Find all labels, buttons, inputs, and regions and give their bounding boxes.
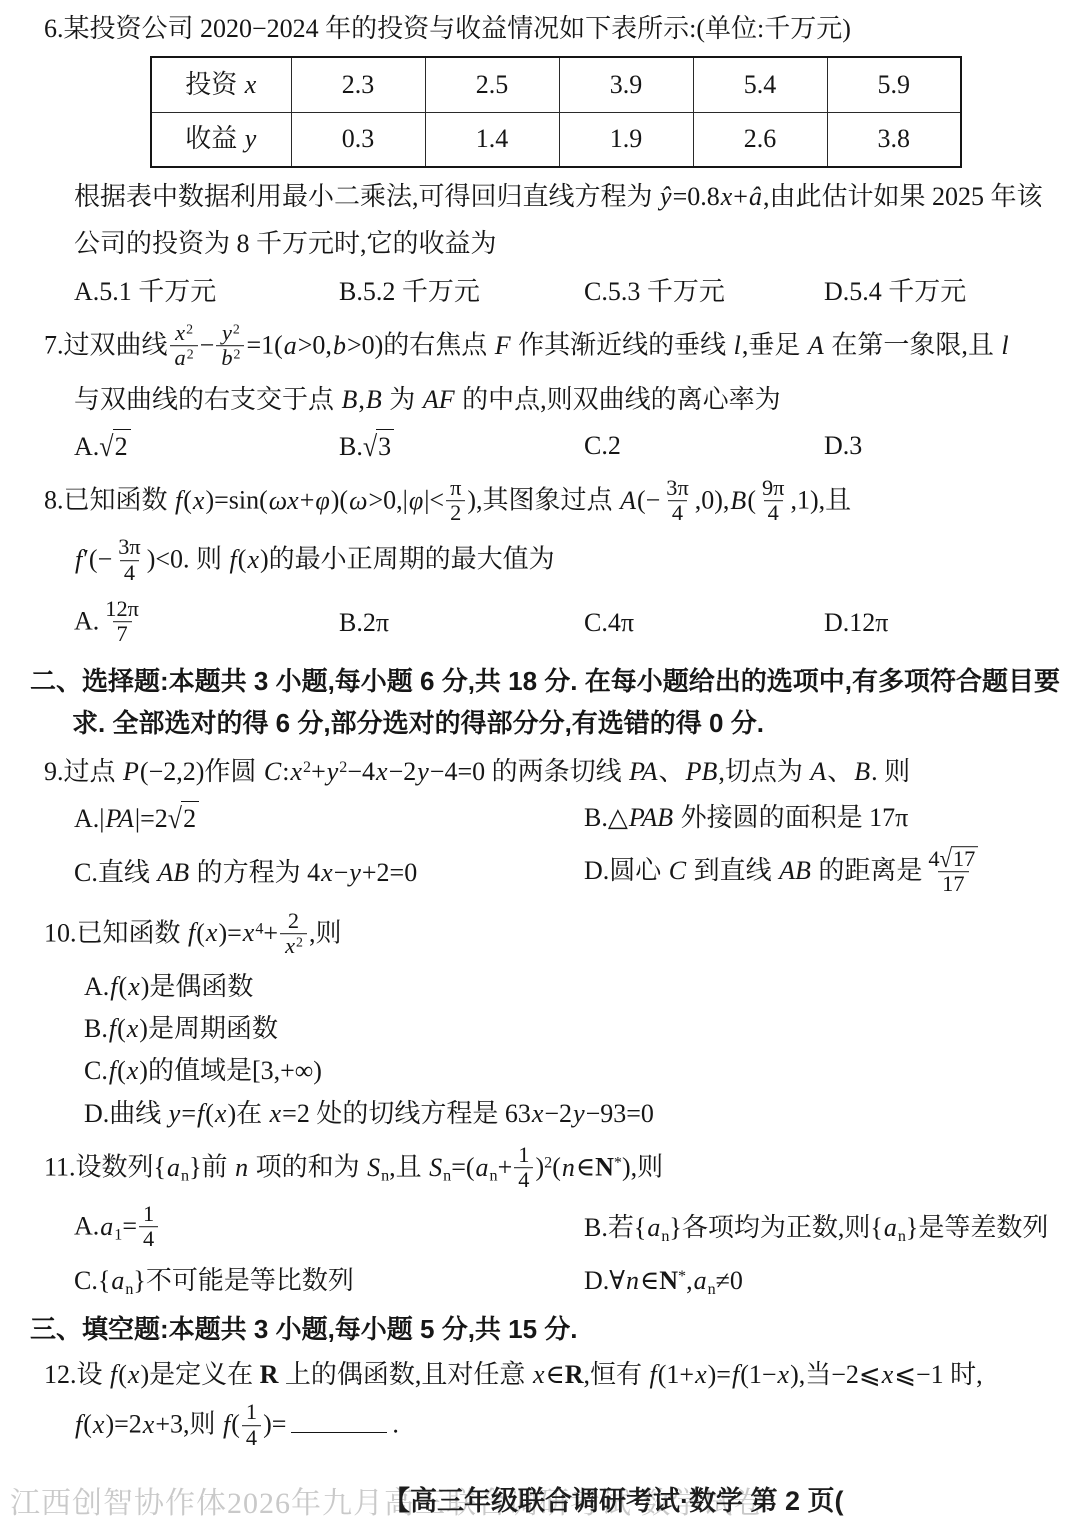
q6-option-d: D.5.4 千万元: [824, 275, 1080, 309]
q9-stem-line-1: 9.过点 P(−2,2)作圆 C:x2+y2−4x−2y−4=0 的两条切线 P…: [0, 755, 1080, 789]
section-2-header-line-1: 二、选择题:本题共 3 小题,每小题 6 分,共 18 分. 在每小题给出的选项…: [0, 664, 1080, 698]
q11-option-a: A.a1=14: [74, 1204, 584, 1253]
q7-option-a: A.√2: [74, 429, 339, 464]
q9-options-row-2: C.直线 AB 的方程为 4x−y+2=0 D.圆心 C 到直线 AB 的距离是…: [0, 848, 1080, 898]
q6-stem-line-3: 公司的投资为 8 千万元时,它的收益为: [0, 227, 1080, 261]
q11-stem-line-1: 11.设数列{an}前 n 项的和为 Sn,且 Sn=(an+14)2(n∈N*…: [0, 1145, 1080, 1194]
q6-x-value: 2.5: [425, 57, 559, 112]
q8-stem-line-1: 8.已知函数 f(x)=sin(ωx+φ)(ω>0,|φ|<π2),其图象过点 …: [0, 478, 1080, 527]
q7-options: A.√2 B.√3 C.2 D.3: [0, 429, 1080, 464]
q11-options-row-2: C.{an}不可能是等比数列 D.∀n∈N*,an≠0: [0, 1264, 1080, 1300]
q10-option-b: B.f(x)是周期函数: [0, 1012, 1080, 1046]
q8-options: A.12π7 B.2π C.4π D.12π: [0, 599, 1080, 648]
question-11: 11.设数列{an}前 n 项的和为 Sn,且 Sn=(an+14)2(n∈N*…: [0, 1145, 1080, 1300]
q6-x-label: 投资 x: [151, 57, 291, 112]
q9-option-d: D.圆心 C 到直线 AB 的距离是4√1717: [584, 848, 1080, 898]
footer-page-label: 【高三年级联合调研考试·数学 第 2 页(: [383, 1484, 844, 1520]
q6-x-value: 5.9: [827, 57, 961, 112]
q6-data-table: 投资 x 2.3 2.5 3.9 5.4 5.9 收益 y 0.3 1.4 1.…: [150, 56, 962, 168]
q9-option-c: C.直线 AB 的方程为 4x−y+2=0: [74, 856, 584, 890]
q6-y-label: 收益 y: [151, 112, 291, 167]
section-2-header-line-2: 求. 全部选对的得 6 分,部分选对的得部分分,有选错的得 0 分.: [0, 706, 1080, 740]
q7-option-c: C.2: [584, 429, 824, 463]
q7-stem-line-2: 与双曲线的右支交于点 B,B 为 AF 的中点,则双曲线的离心率为: [0, 383, 1080, 417]
q6-y-value: 1.9: [559, 112, 693, 167]
q11-option-d: D.∀n∈N*,an≠0: [584, 1264, 1080, 1300]
footer-smudge: [1005, 1476, 1080, 1534]
q8-option-d: D.12π: [824, 606, 1080, 640]
page-footer: 江西创智协作体2026年九月高三联合调研考试 数学试卷 【高三年级联合调研考试·…: [0, 1470, 1080, 1534]
q8-stem-line-2: f′(−3π4)<0. 则 f(x)的最小正周期的最大值为: [0, 537, 1080, 586]
q10-option-a: A.f(x)是偶函数: [0, 970, 1080, 1004]
q6-stem-line-1: 6.某投资公司 2020−2024 年的投资与收益情况如下表所示:(单位:千万元…: [0, 12, 1080, 46]
q9-option-b: B.△PAB 外接圆的面积是 17π: [584, 801, 1080, 835]
q6-y-value: 3.8: [827, 112, 961, 167]
q8-option-c: C.4π: [584, 606, 824, 640]
question-6: 6.某投资公司 2020−2024 年的投资与收益情况如下表所示:(单位:千万元…: [0, 12, 1080, 309]
question-8: 8.已知函数 f(x)=sin(ωx+φ)(ω>0,|φ|<π2),其图象过点 …: [0, 478, 1080, 648]
section-3-header: 三、填空题:本题共 3 小题,每小题 5 分,共 15 分.: [0, 1312, 1080, 1346]
q6-options: A.5.1 千万元 B.5.2 千万元 C.5.3 千万元 D.5.4 千万元: [0, 275, 1080, 309]
q7-option-b: B.√3: [339, 429, 584, 464]
q6-option-c: C.5.3 千万元: [584, 275, 824, 309]
q9-option-a: A.|PA|=2√2: [74, 801, 584, 836]
exam-page: 6.某投资公司 2020−2024 年的投资与收益情况如下表所示:(单位:千万元…: [0, 0, 1080, 1534]
q6-y-value: 2.6: [693, 112, 827, 167]
q6-y-value: 1.4: [425, 112, 559, 167]
question-12: 12.设 f(x)是定义在 R 上的偶函数,且对任意 x∈R,恒有 f(1+x)…: [0, 1358, 1080, 1452]
q10-option-c: C.f(x)的值域是[3,+∞): [0, 1054, 1080, 1088]
question-10: 10.已知函数 f(x)=x4+2x2,则 A.f(x)是偶函数 B.f(x)是…: [0, 911, 1080, 1132]
q6-x-value: 3.9: [559, 57, 693, 112]
question-7: 7.过双曲线x2a2−y2b2=1(a>0,b>0)的右焦点 F 作其渐近线的垂…: [0, 323, 1080, 464]
q8-option-b: B.2π: [339, 606, 584, 640]
q11-option-b: B.若{an}各项均为正数,则{an}是等差数列: [584, 1211, 1080, 1247]
q10-stem-line-1: 10.已知函数 f(x)=x4+2x2,则: [0, 911, 1080, 960]
question-9: 9.过点 P(−2,2)作圆 C:x2+y2−4x−2y−4=0 的两条切线 P…: [0, 755, 1080, 899]
q11-options-row-1: A.a1=14 B.若{an}各项均为正数,则{an}是等差数列: [0, 1204, 1080, 1253]
q6-table-row-y: 收益 y 0.3 1.4 1.9 2.6 3.8: [151, 112, 961, 167]
q6-option-a: A.5.1 千万元: [74, 275, 339, 309]
q6-y-value: 0.3: [291, 112, 425, 167]
q6-option-b: B.5.2 千万元: [339, 275, 584, 309]
q12-stem-line-2: f(x)=2x+3,则 f(14)=.: [0, 1402, 1080, 1451]
q7-option-d: D.3: [824, 429, 1080, 463]
q7-stem-line-1: 7.过双曲线x2a2−y2b2=1(a>0,b>0)的右焦点 F 作其渐近线的垂…: [0, 323, 1080, 372]
q6-stem-line-2: 根据表中数据利用最小二乘法,可得回归直线方程为 ŷ=0.8x+â,由此估计如果 …: [0, 180, 1080, 214]
q11-option-c: C.{an}不可能是等比数列: [74, 1264, 584, 1300]
q8-option-a: A.12π7: [74, 599, 339, 648]
q6-x-value: 5.4: [693, 57, 827, 112]
q10-option-d: D.曲线 y=f(x)在 x=2 处的切线方程是 63x−2y−93=0: [0, 1097, 1080, 1131]
q6-x-value: 2.3: [291, 57, 425, 112]
q9-options-row-1: A.|PA|=2√2 B.△PAB 外接圆的面积是 17π: [0, 801, 1080, 836]
q12-stem-line-1: 12.设 f(x)是定义在 R 上的偶函数,且对任意 x∈R,恒有 f(1+x)…: [0, 1358, 1080, 1392]
q6-table-row-x: 投资 x 2.3 2.5 3.9 5.4 5.9: [151, 57, 961, 112]
